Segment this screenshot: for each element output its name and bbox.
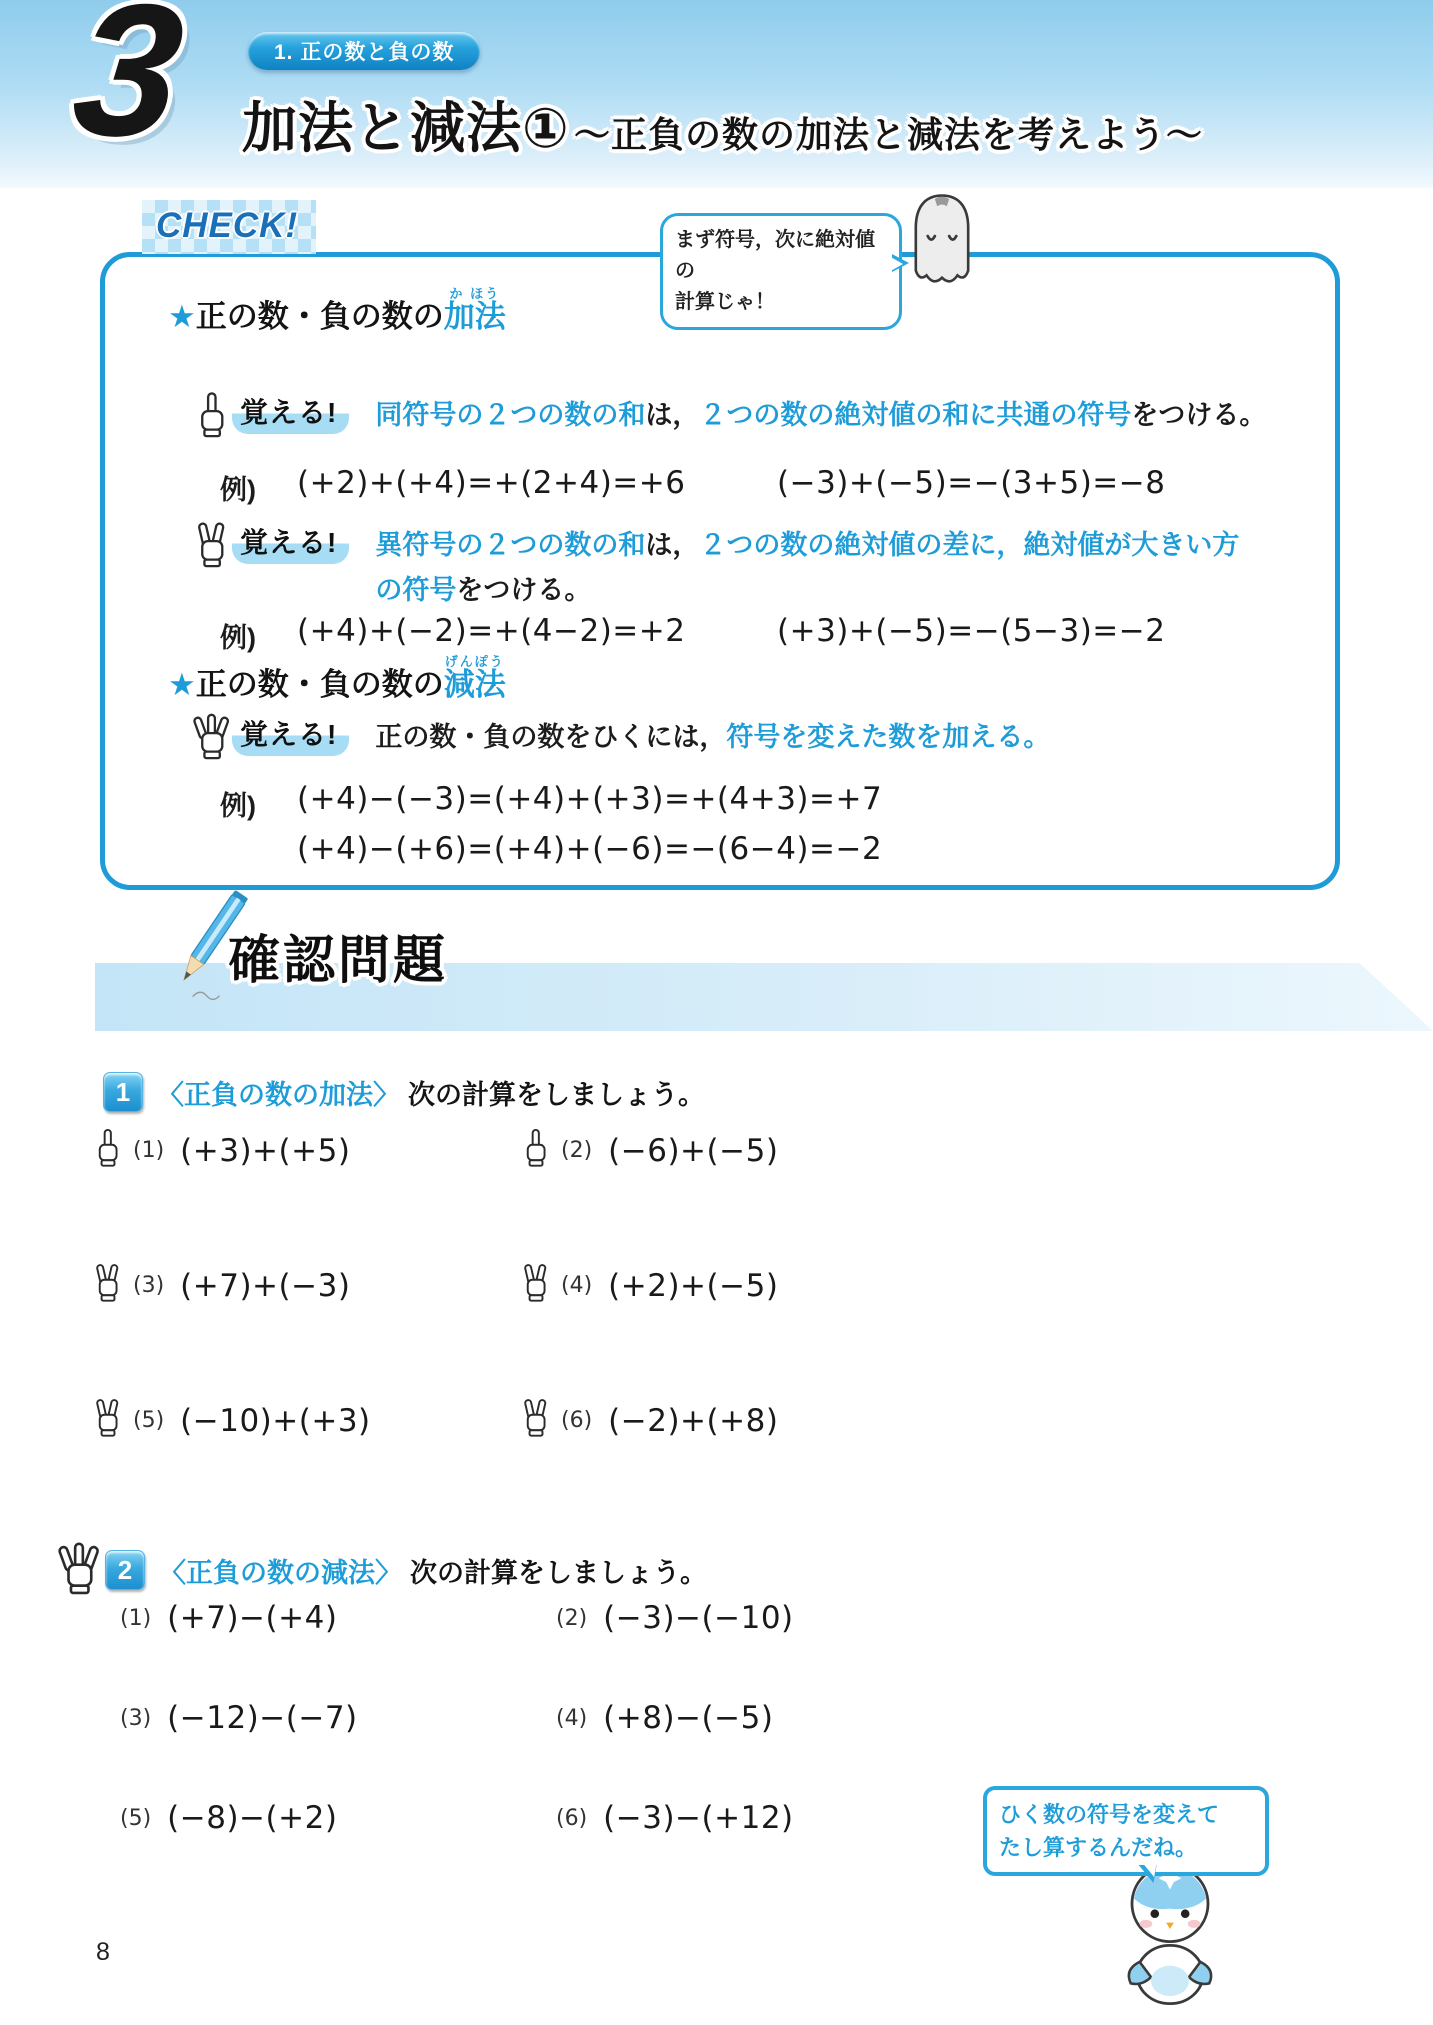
rule-3-text: 正の数・負の数をひくには，符号を変えた数を加える。 <box>375 713 1050 760</box>
star-icon: ★ <box>168 667 196 702</box>
remember-badge: 覚える! <box>232 521 349 564</box>
bird-speech-bubble: ひく数の符号を変えて たし算するんだね。 <box>983 1786 1269 1876</box>
example-1-right: (−3)+(−5)=−(3+5)=−8 <box>777 465 1165 501</box>
furigana-subtraction: げんぽう <box>445 651 505 670</box>
example-label: 例) <box>220 781 297 823</box>
example-3-line2: (+4)−(+6)=(+4)+(−6)=−(6−4)=−2 <box>297 831 882 867</box>
heading-subtraction: ★正の数・負の数のげんぽう減法 <box>168 659 506 704</box>
remember-badge: 覚える! <box>232 713 349 756</box>
chapter-badge-label: 1. 正の数と負の数 <box>274 36 454 66</box>
two-finger-hand-icon <box>193 521 230 574</box>
title-main: 加法と減法① <box>242 97 570 159</box>
ghost-mascot-icon <box>903 192 981 292</box>
rule-1-text: 同符号の２つの数の和は，２つの数の絶対値の和に共通の符号をつける。 <box>375 391 1266 438</box>
problem2-item-4: (4) (+8)−(−5) <box>556 1700 773 1736</box>
three-finger-hand-icon <box>193 713 230 766</box>
problem2-instruction: 次の計算をしましょう。 <box>410 1551 707 1590</box>
example-2-right: (+3)+(−5)=−(5−3)=−2 <box>777 613 1165 649</box>
two-finger-hand-icon <box>92 1263 123 1308</box>
section-title: 確認問題 <box>228 918 448 993</box>
two-finger-hand-icon <box>520 1398 551 1443</box>
example-3-line1: (+4)−(−3)=(+4)+(+3)=+(4+3)=+7 <box>297 781 882 817</box>
two-finger-hand-icon <box>520 1263 551 1308</box>
one-finger-hand-icon <box>520 1128 551 1173</box>
rule-2: 覚える! 異符号の２つの数の和は，２つの数の絶対値の差に，絶対値が大きい方 の符… <box>193 521 1239 612</box>
chapter-badge: 1. 正の数と負の数 <box>248 32 480 70</box>
rule-3: 覚える! 正の数・負の数をひくには，符号を変えた数を加える。 <box>193 713 1050 766</box>
lesson-number: 3 <box>66 0 190 164</box>
mascot-speech-bubble: まず符号，次に絶対値の 計算じゃ！ <box>660 213 902 330</box>
problem2-topic: 〈正負の数の減法〉 <box>159 1551 402 1590</box>
problem1-topic: 〈正負の数の加法〉 <box>157 1073 400 1112</box>
star-icon: ★ <box>168 299 196 334</box>
example-3-lines: (+4)−(−3)=(+4)+(+3)=+(4+3)=+7 (+4)−(+6)=… <box>297 781 882 881</box>
example-2: 例) (+4)+(−2)=+(4−2)=+2 (+3)+(−5)=−(5−3)=… <box>220 613 1165 655</box>
remember-badge: 覚える! <box>232 391 349 434</box>
bird-mascot-icon <box>1116 1858 1224 2010</box>
example-label: 例) <box>220 465 297 507</box>
example-3: 例) (+4)−(−3)=(+4)+(+3)=+(4+3)=+7 (+4)−(+… <box>220 781 882 881</box>
two-finger-hand-icon <box>92 1398 123 1443</box>
term-subtraction: げんぽう減法 <box>444 667 506 702</box>
problem2-item-3: (3) (−12)−(−7) <box>120 1700 358 1736</box>
problem1-heading: 1 〈正負の数の加法〉 次の計算をしましょう。 <box>103 1072 705 1112</box>
problem2-item-6: (6) (−3)−(+12) <box>556 1800 794 1836</box>
example-2-left: (+4)+(−2)=+(4−2)=+2 <box>297 613 777 649</box>
problem2-item-1: (1) (+7)−(+4) <box>120 1600 337 1636</box>
problem1-item-2: (2) (−6)+(−5) <box>520 1128 778 1173</box>
title-subtitle: ～正負の数の加法と減法を考えよう～ <box>574 114 1203 155</box>
problem2-item-2: (2) (−3)−(−10) <box>556 1600 794 1636</box>
one-finger-hand-icon <box>193 391 230 444</box>
problem2-heading: 2 〈正負の数の減法〉 次の計算をしましょう。 <box>105 1550 707 1590</box>
rule-2-text: 異符号の２つの数の和は，２つの数の絶対値の差に，絶対値が大きい方 の符号をつける… <box>375 521 1239 612</box>
term-addition: か ほう加法 <box>444 299 506 334</box>
page-title: 加法と減法① ～正負の数の加法と減法を考えよう～ <box>242 84 1203 163</box>
heading-addition: ★正の数・負の数のか ほう加法 <box>168 291 506 336</box>
check-logo: CHECK! <box>142 200 316 254</box>
problem1-number-badge: 1 <box>103 1072 143 1112</box>
example-label: 例) <box>220 613 297 655</box>
example-1: 例) (+2)+(+4)=+(2+4)=+6 (−3)+(−5)=−(3+5)=… <box>220 465 1165 507</box>
problem1-item-3: (3) (+7)+(−3) <box>92 1263 350 1308</box>
workbook-page: 3 1. 正の数と負の数 加法と減法① ～正負の数の加法と減法を考えよう～ ★正… <box>0 0 1433 2025</box>
problem2-number-badge: 2 <box>105 1550 145 1590</box>
example-1-left: (+2)+(+4)=+(2+4)=+6 <box>297 465 777 501</box>
page-number: 8 <box>96 1938 110 1967</box>
one-finger-hand-icon <box>92 1128 123 1173</box>
furigana-addition: か ほう <box>449 283 500 302</box>
problem1-instruction: 次の計算をしましょう。 <box>408 1073 705 1112</box>
three-finger-hand-icon <box>58 1542 100 1601</box>
problem1-item-5: (5) (−10)+(+3) <box>92 1398 371 1443</box>
problem1-item-6: (6) (−2)+(+8) <box>520 1398 778 1443</box>
check-summary-box: ★正の数・負の数のか ほう加法 覚える! 同符号の２つの数の和は，２つの数の絶対… <box>100 252 1340 890</box>
problem1-item-4: (4) (+2)+(−5) <box>520 1263 778 1308</box>
problem1-item-1: (1) (+3)+(+5) <box>92 1128 350 1173</box>
problem2-item-5: (5) (−8)−(+2) <box>120 1800 337 1836</box>
rule-1: 覚える! 同符号の２つの数の和は，２つの数の絶対値の和に共通の符号をつける。 <box>193 391 1266 444</box>
